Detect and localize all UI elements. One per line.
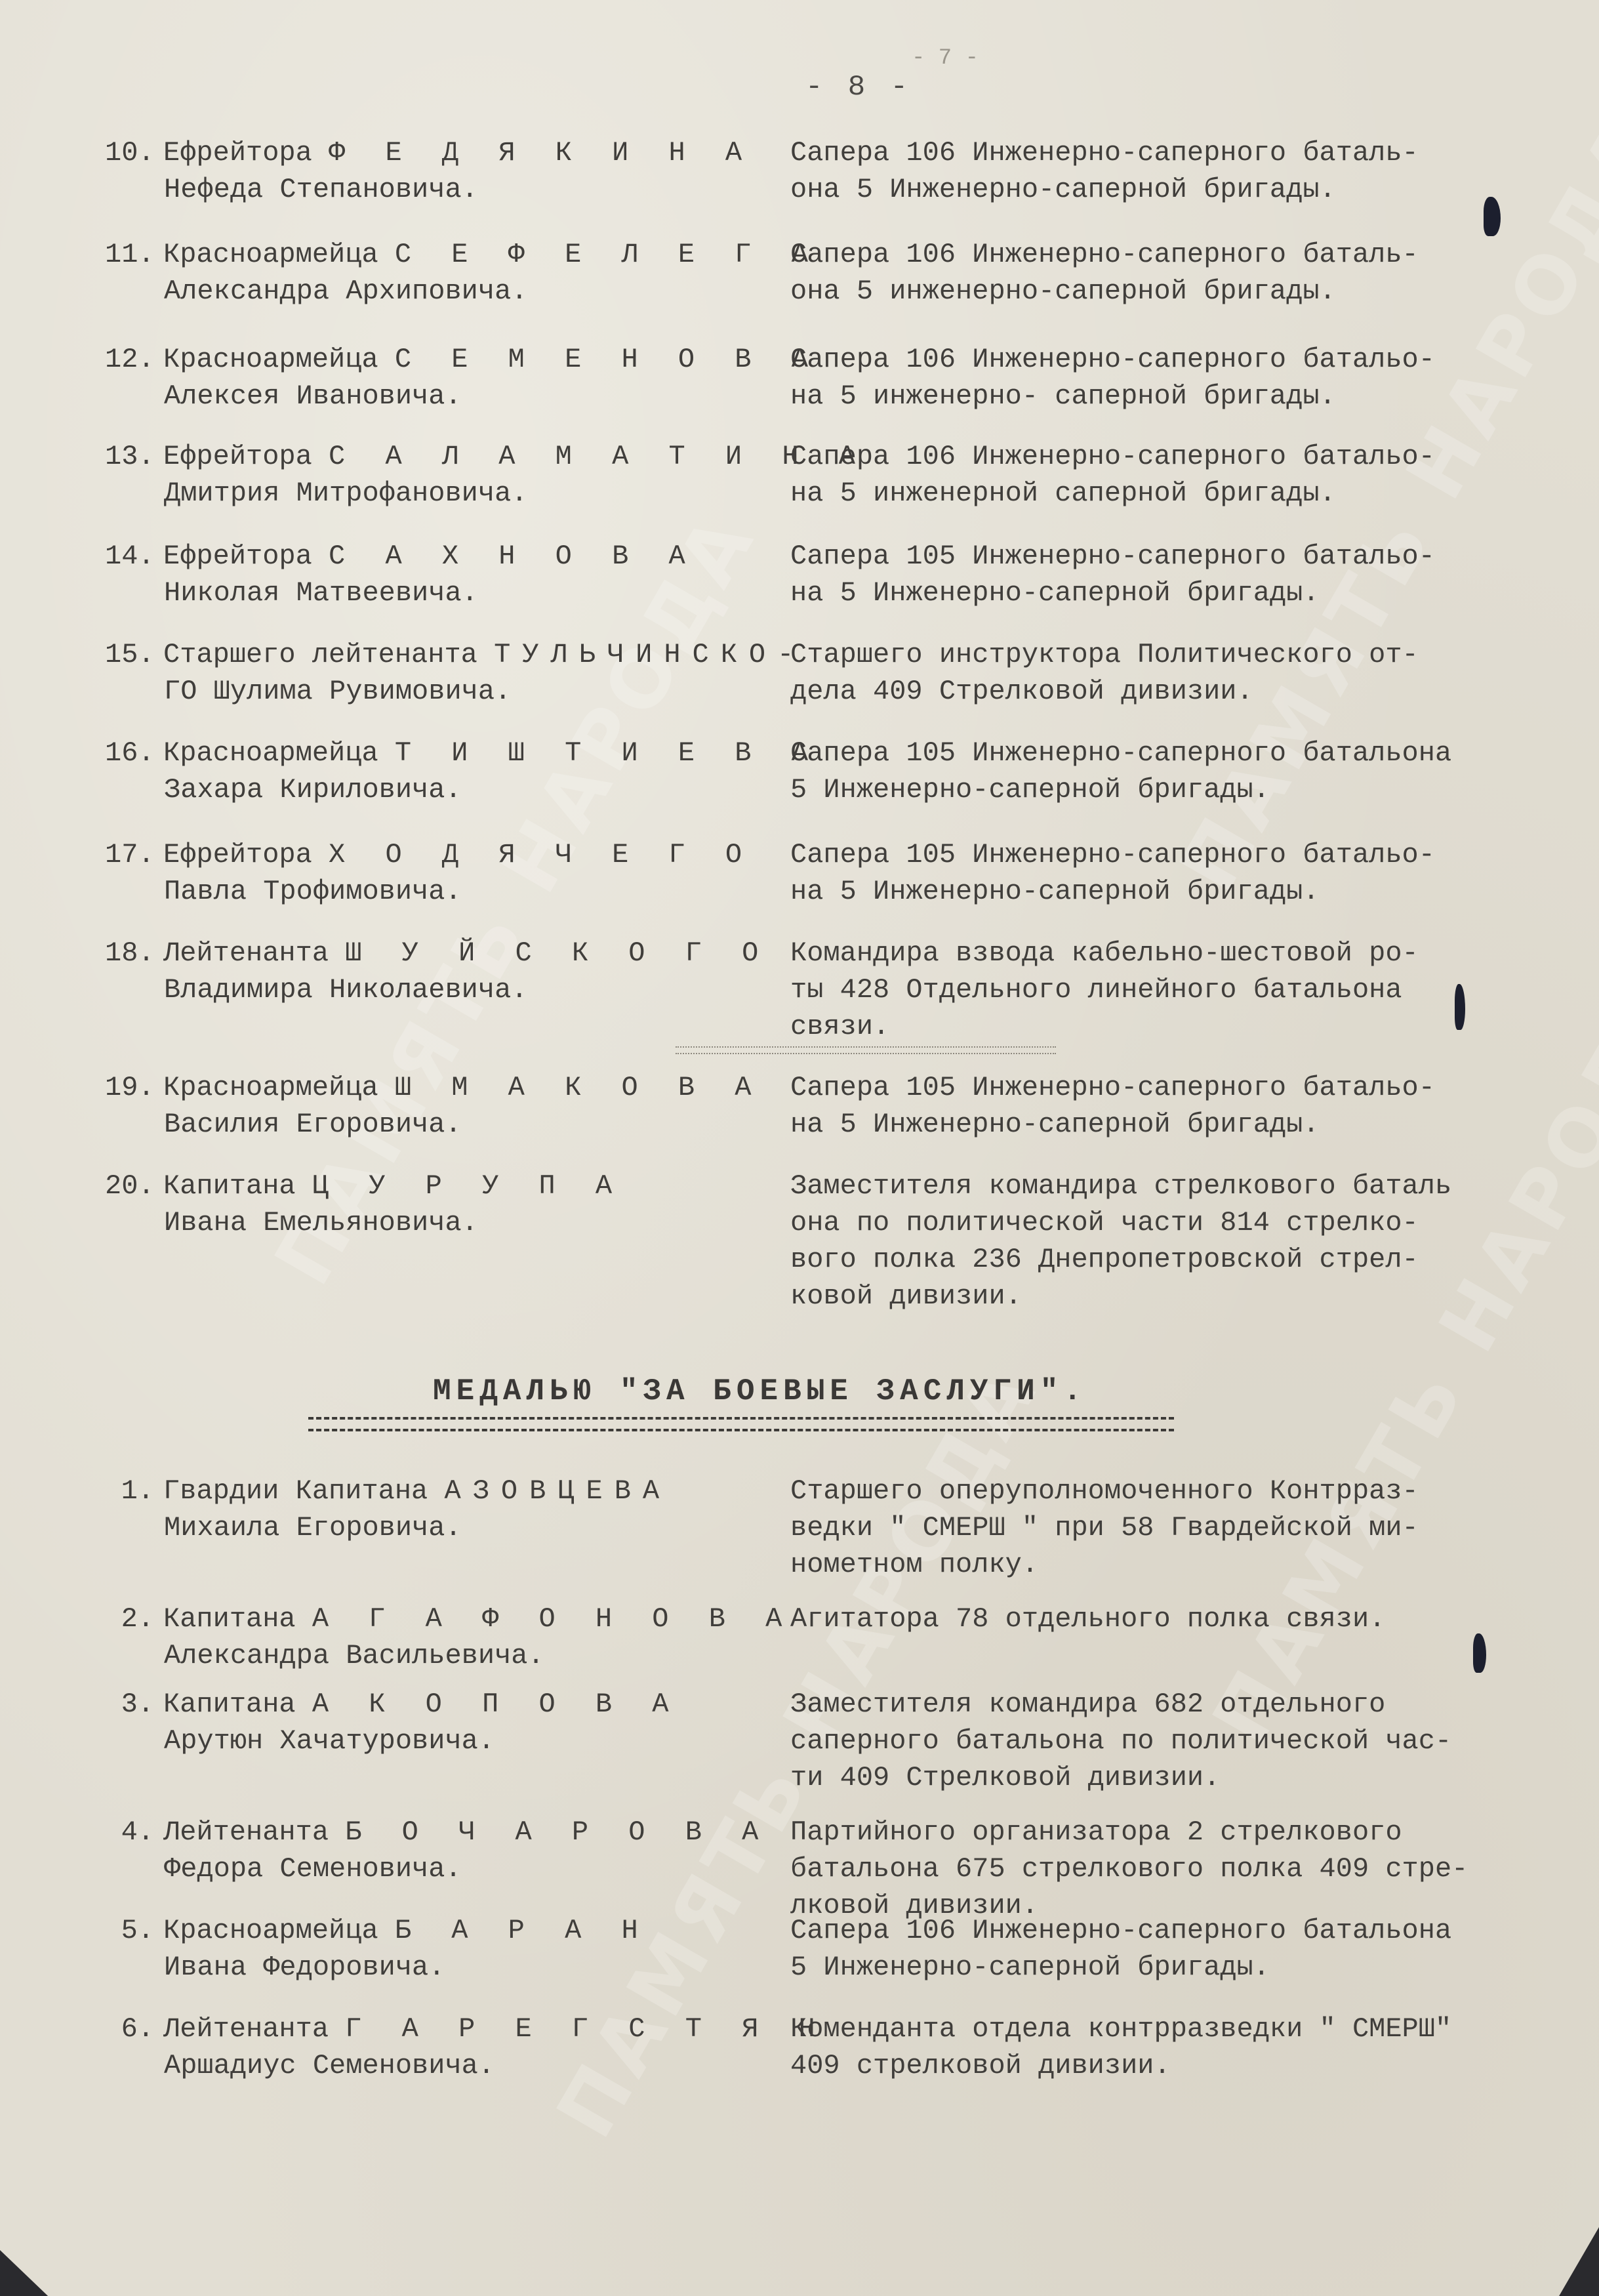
given-name: Ивана Емельяновича.: [105, 1204, 624, 1241]
given-name: Владимира Николаевича.: [105, 972, 770, 1008]
entry-number: 13.: [105, 438, 154, 475]
position-line: ведки " СМЕРШ " при 58 Гвардейской ми-: [790, 1509, 1590, 1546]
position-line: Сапера 106 Инженерно-саперного батальона: [790, 1912, 1590, 1949]
entry-number: 18.: [105, 935, 154, 972]
surname: Г А Р Е Г С Т Я Н: [345, 2013, 826, 2045]
award-entry-name: 17.Ефрейтора Х О Д Я Ч Е Г ОПавла Трофим…: [105, 836, 754, 910]
surname: АЗОВЦЕВА: [444, 1475, 671, 1507]
entry-number: 10.: [105, 134, 154, 171]
position-line: она 5 Инженерно-саперной бригады.: [790, 171, 1590, 208]
surname: С Е Ф Е Л Е Г А: [395, 239, 820, 270]
position-line: на 5 Инженерно-саперной бригады.: [790, 1106, 1590, 1143]
position-line: на 5 Инженерно-саперной бригады.: [790, 575, 1590, 611]
surname: Б А Р А Н: [395, 1915, 650, 1946]
entry-number: 17.: [105, 836, 154, 873]
position-line: нометном полку.: [790, 1546, 1590, 1583]
award-entry-name: 2.Капитана А Г А Ф О Н О В ААлександра В…: [105, 1601, 794, 1674]
position-line: Сапера 105 Инженерно-саперного батальо-: [790, 836, 1590, 873]
award-entry-name: 13.Ефрейтора С А Л А М А Т И Н АДмитрия …: [105, 438, 867, 512]
position-line: Сапера 105 Инженерно-саперного батальо-: [790, 1069, 1590, 1106]
rank: Гвардии Капитана: [163, 1475, 444, 1507]
surname: А Г А Ф О Н О В А: [312, 1603, 794, 1635]
award-entry-name: 11.Красноармейца С Е Ф Е Л Е Г ААлександ…: [105, 236, 820, 310]
award-entry-name: 20.Капитана Ц У Р У П АИвана Емельянович…: [105, 1168, 624, 1241]
award-entry-name: 12.Красноармейца С Е М Е Н О В ААлексея …: [105, 341, 820, 415]
entry-number: 20.: [105, 1168, 154, 1204]
position-line: Заместителя командира стрелкового баталь: [790, 1168, 1590, 1204]
surname: С А Л А М А Т И Н А: [329, 441, 867, 472]
award-entry-position: Заместителя командира 682 отдельногосапе…: [790, 1686, 1590, 1796]
rank: Красноармейца: [163, 344, 395, 375]
given-name: Василия Егоровича.: [105, 1106, 763, 1143]
position-line: Сапера 106 Инженерно-саперного баталь-: [790, 134, 1590, 171]
section-heading: МЕДАЛЬЮ "ЗА БОЕВЫЕ ЗАСЛУГИ".: [433, 1374, 1087, 1408]
given-name: Дмитрия Митрофановича.: [105, 475, 867, 512]
paper-hole: [1473, 1633, 1486, 1673]
given-name: Александра Васильевича.: [105, 1637, 794, 1674]
entry-number: 1.: [105, 1473, 154, 1509]
position-line: на 5 инженерной саперной бригады.: [790, 475, 1590, 512]
award-entry-name: 3.Капитана А К О П О В ААрутюн Хачатуров…: [105, 1686, 681, 1759]
surname: Х О Д Я Ч Е Г О: [329, 839, 754, 871]
page-number: - 8 -: [0, 71, 1599, 104]
award-entry-name: 5.Красноармейца Б А Р А НИвана Федорович…: [105, 1912, 650, 1986]
divider: [676, 1046, 1056, 1054]
given-name: Павла Трофимовича.: [105, 873, 754, 910]
award-entry-position: Командира взвода кабельно-шестовой ро-ты…: [790, 935, 1590, 1045]
rank: Ефрейтора: [163, 137, 329, 169]
position-line: Партийного организатора 2 стрелкового: [790, 1814, 1590, 1851]
position-line: Сапера 105 Инженерно-саперного батальона: [790, 735, 1590, 771]
rank: Капитана: [163, 1689, 312, 1720]
entry-number: 5.: [105, 1912, 154, 1949]
rank: Ефрейтора: [163, 441, 329, 472]
given-name: Ивана Федоровича.: [105, 1949, 650, 1986]
position-line: Старшего инструктора Политического от-: [790, 636, 1590, 673]
award-entry-name: 1.Гвардии Капитана АЗОВЦЕВАМихаила Егоро…: [105, 1473, 671, 1546]
position-line: Старшего оперуполномоченного Контрраз-: [790, 1473, 1590, 1509]
position-line: на 5 Инженерно-саперной бригады.: [790, 873, 1590, 910]
position-line: дела 409 Стрелковой дивизии.: [790, 673, 1590, 710]
rank: Старшего лейтенанта: [163, 639, 494, 670]
surname: Ц У Р У П А: [312, 1170, 624, 1202]
award-entry-position: Сапера 105 Инженерно-саперного батальо-н…: [790, 538, 1590, 611]
entry-number: 19.: [105, 1069, 154, 1106]
given-name: ГО Шулима Рувимовича.: [105, 673, 805, 710]
award-entry-position: Сапера 106 Инженерно-саперного баталь-он…: [790, 236, 1590, 310]
award-entry-name: 19.Красноармейца Ш М А К О В АВасилия Ег…: [105, 1069, 763, 1143]
position-line: на 5 инженерно- саперной бригады.: [790, 378, 1590, 415]
position-line: Командира взвода кабельно-шестовой ро-: [790, 935, 1590, 972]
award-entry-position: Сапера 106 Инженерно-саперного батальо-н…: [790, 438, 1590, 512]
position-line: Коменданта отдела контрразведки " СМЕРШ": [790, 2011, 1590, 2047]
award-entry-position: Сапера 105 Инженерно-саперного батальо-н…: [790, 836, 1590, 910]
award-entry-position: Старшего оперуполномоченного Контрраз-ве…: [790, 1473, 1590, 1583]
given-name: Александра Архиповича.: [105, 273, 820, 310]
given-name: Алексея Ивановича.: [105, 378, 820, 415]
award-entry-name: 15.Старшего лейтенанта ТУЛЬЧИНСКО-ГО Шул…: [105, 636, 805, 710]
position-line: Сапера 106 Инженерно-саперного батальо-: [790, 341, 1590, 378]
position-line: Сапера 106 Инженерно-саперного баталь-: [790, 236, 1590, 273]
position-line: она по политической части 814 стрелко-: [790, 1204, 1590, 1241]
surname: А К О П О В А: [312, 1689, 681, 1720]
entry-number: 2.: [105, 1601, 154, 1637]
entry-number: 4.: [105, 1814, 154, 1851]
position-line: Сапера 105 Инженерно-саперного батальо-: [790, 538, 1590, 575]
given-name: Михаила Егоровича.: [105, 1509, 671, 1546]
award-entry-name: 16.Красноармейца Т И Ш Т И Е В АЗахара К…: [105, 735, 820, 808]
surname: С Е М Е Н О В А: [395, 344, 820, 375]
rank: Лейтенанта: [163, 1816, 345, 1848]
entry-number: 14.: [105, 538, 154, 575]
position-line: ты 428 Отдельного линейного батальона: [790, 972, 1590, 1008]
position-line: вого полка 236 Днепропетровской стрел-: [790, 1241, 1590, 1278]
given-name: Аршадиус Семеновича.: [105, 2047, 827, 2084]
surname: С А Х Н О В А: [329, 541, 697, 572]
award-entry-name: 10.Ефрейтора Ф Е Д Я К И Н АНефеда Степа…: [105, 134, 754, 208]
award-entry-position: Сапера 106 Инженерно-саперного батальона…: [790, 1912, 1590, 1986]
rank: Ефрейтора: [163, 839, 329, 871]
given-name: Арутюн Хачатуровича.: [105, 1723, 681, 1759]
position-line: ти 409 Стрелковой дивизии.: [790, 1759, 1590, 1796]
given-name: Николая Матвеевича.: [105, 575, 697, 611]
rank: Красноармейца: [163, 239, 395, 270]
entry-number: 6.: [105, 2011, 154, 2047]
position-line: 5 Инженерно-саперной бригады.: [790, 1949, 1590, 1986]
position-line: Сапера 106 Инженерно-саперного батальо-: [790, 438, 1590, 475]
position-line: саперного батальона по политической час-: [790, 1723, 1590, 1759]
given-name: Федора Семеновича.: [105, 1851, 770, 1887]
position-line: Заместителя командира 682 отдельного: [790, 1686, 1590, 1723]
entry-number: 16.: [105, 735, 154, 771]
rank: Красноармейца: [163, 1915, 395, 1946]
rank: Капитана: [163, 1170, 312, 1202]
surname: Т И Ш Т И Е В А: [395, 737, 820, 769]
award-entry-name: 18.Лейтенанта Ш У Й С К О Г ОВладимира Н…: [105, 935, 770, 1008]
rank: Красноармейца: [163, 1072, 395, 1103]
rank: Лейтенанта: [163, 937, 345, 969]
position-line: 5 Инженерно-саперной бригады.: [790, 771, 1590, 808]
surname: Ш У Й С К О Г О: [345, 937, 770, 969]
position-line: 409 стрелковой дивизии.: [790, 2047, 1590, 2084]
award-entry-position: Сапера 105 Инженерно-саперного батальо-н…: [790, 1069, 1590, 1143]
position-line: она 5 инженерно-саперной бригады.: [790, 273, 1590, 310]
given-name: Захара Кириловича.: [105, 771, 820, 808]
award-entry-name: 14.Ефрейтора С А Х Н О В АНиколая Матвее…: [105, 538, 697, 611]
rank: Ефрейтора: [163, 541, 329, 572]
given-name: Нефеда Степановича.: [105, 171, 754, 208]
heading-underline: [308, 1417, 1174, 1431]
award-entry-position: Сапера 106 Инженерно-саперного батальо-н…: [790, 341, 1590, 415]
award-entry-name: 6.Лейтенанта Г А Р Е Г С Т Я НАршадиус С…: [105, 2011, 827, 2084]
document-page: ПАМЯТЬ НАРОДА ПАМЯТЬ НАРОДА ПАМЯТЬ НАРОД…: [0, 0, 1599, 2296]
position-line: ковой дивизии.: [790, 1278, 1590, 1315]
rank: Капитана: [163, 1603, 312, 1635]
award-entry-position: Агитатора 78 отдельного полка связи.: [790, 1601, 1590, 1637]
entry-number: 15.: [105, 636, 154, 673]
award-entry-position: Сапера 106 Инженерно-саперного баталь-он…: [790, 134, 1590, 208]
award-entry-name: 4.Лейтенанта Б О Ч А Р О В АФедора Семен…: [105, 1814, 770, 1887]
surname: Б О Ч А Р О В А: [345, 1816, 770, 1848]
entry-number: 11.: [105, 236, 154, 273]
award-entry-position: Заместителя командира стрелкового баталь…: [790, 1168, 1590, 1315]
award-entry-position: Партийного организатора 2 стрелковогобат…: [790, 1814, 1590, 1924]
award-entry-position: Старшего инструктора Политического от-де…: [790, 636, 1590, 710]
entry-number: 3.: [105, 1686, 154, 1723]
rank: Красноармейца: [163, 737, 395, 769]
rank: Лейтенанта: [163, 2013, 345, 2045]
award-entry-position: Коменданта отдела контрразведки " СМЕРШ"…: [790, 2011, 1590, 2084]
faded-page-number: - 7 -: [912, 46, 979, 71]
surname: Ф Е Д Я К И Н А: [329, 137, 754, 169]
position-line: связи.: [790, 1008, 1590, 1045]
surname: Ш М А К О В А: [395, 1072, 763, 1103]
surname: ТУЛЬЧИНСКО-: [494, 639, 805, 670]
position-line: Агитатора 78 отдельного полка связи.: [790, 1601, 1590, 1637]
entry-number: 12.: [105, 341, 154, 378]
award-entry-position: Сапера 105 Инженерно-саперного батальона…: [790, 735, 1590, 808]
position-line: батальона 675 стрелкового полка 409 стре…: [790, 1851, 1590, 1887]
